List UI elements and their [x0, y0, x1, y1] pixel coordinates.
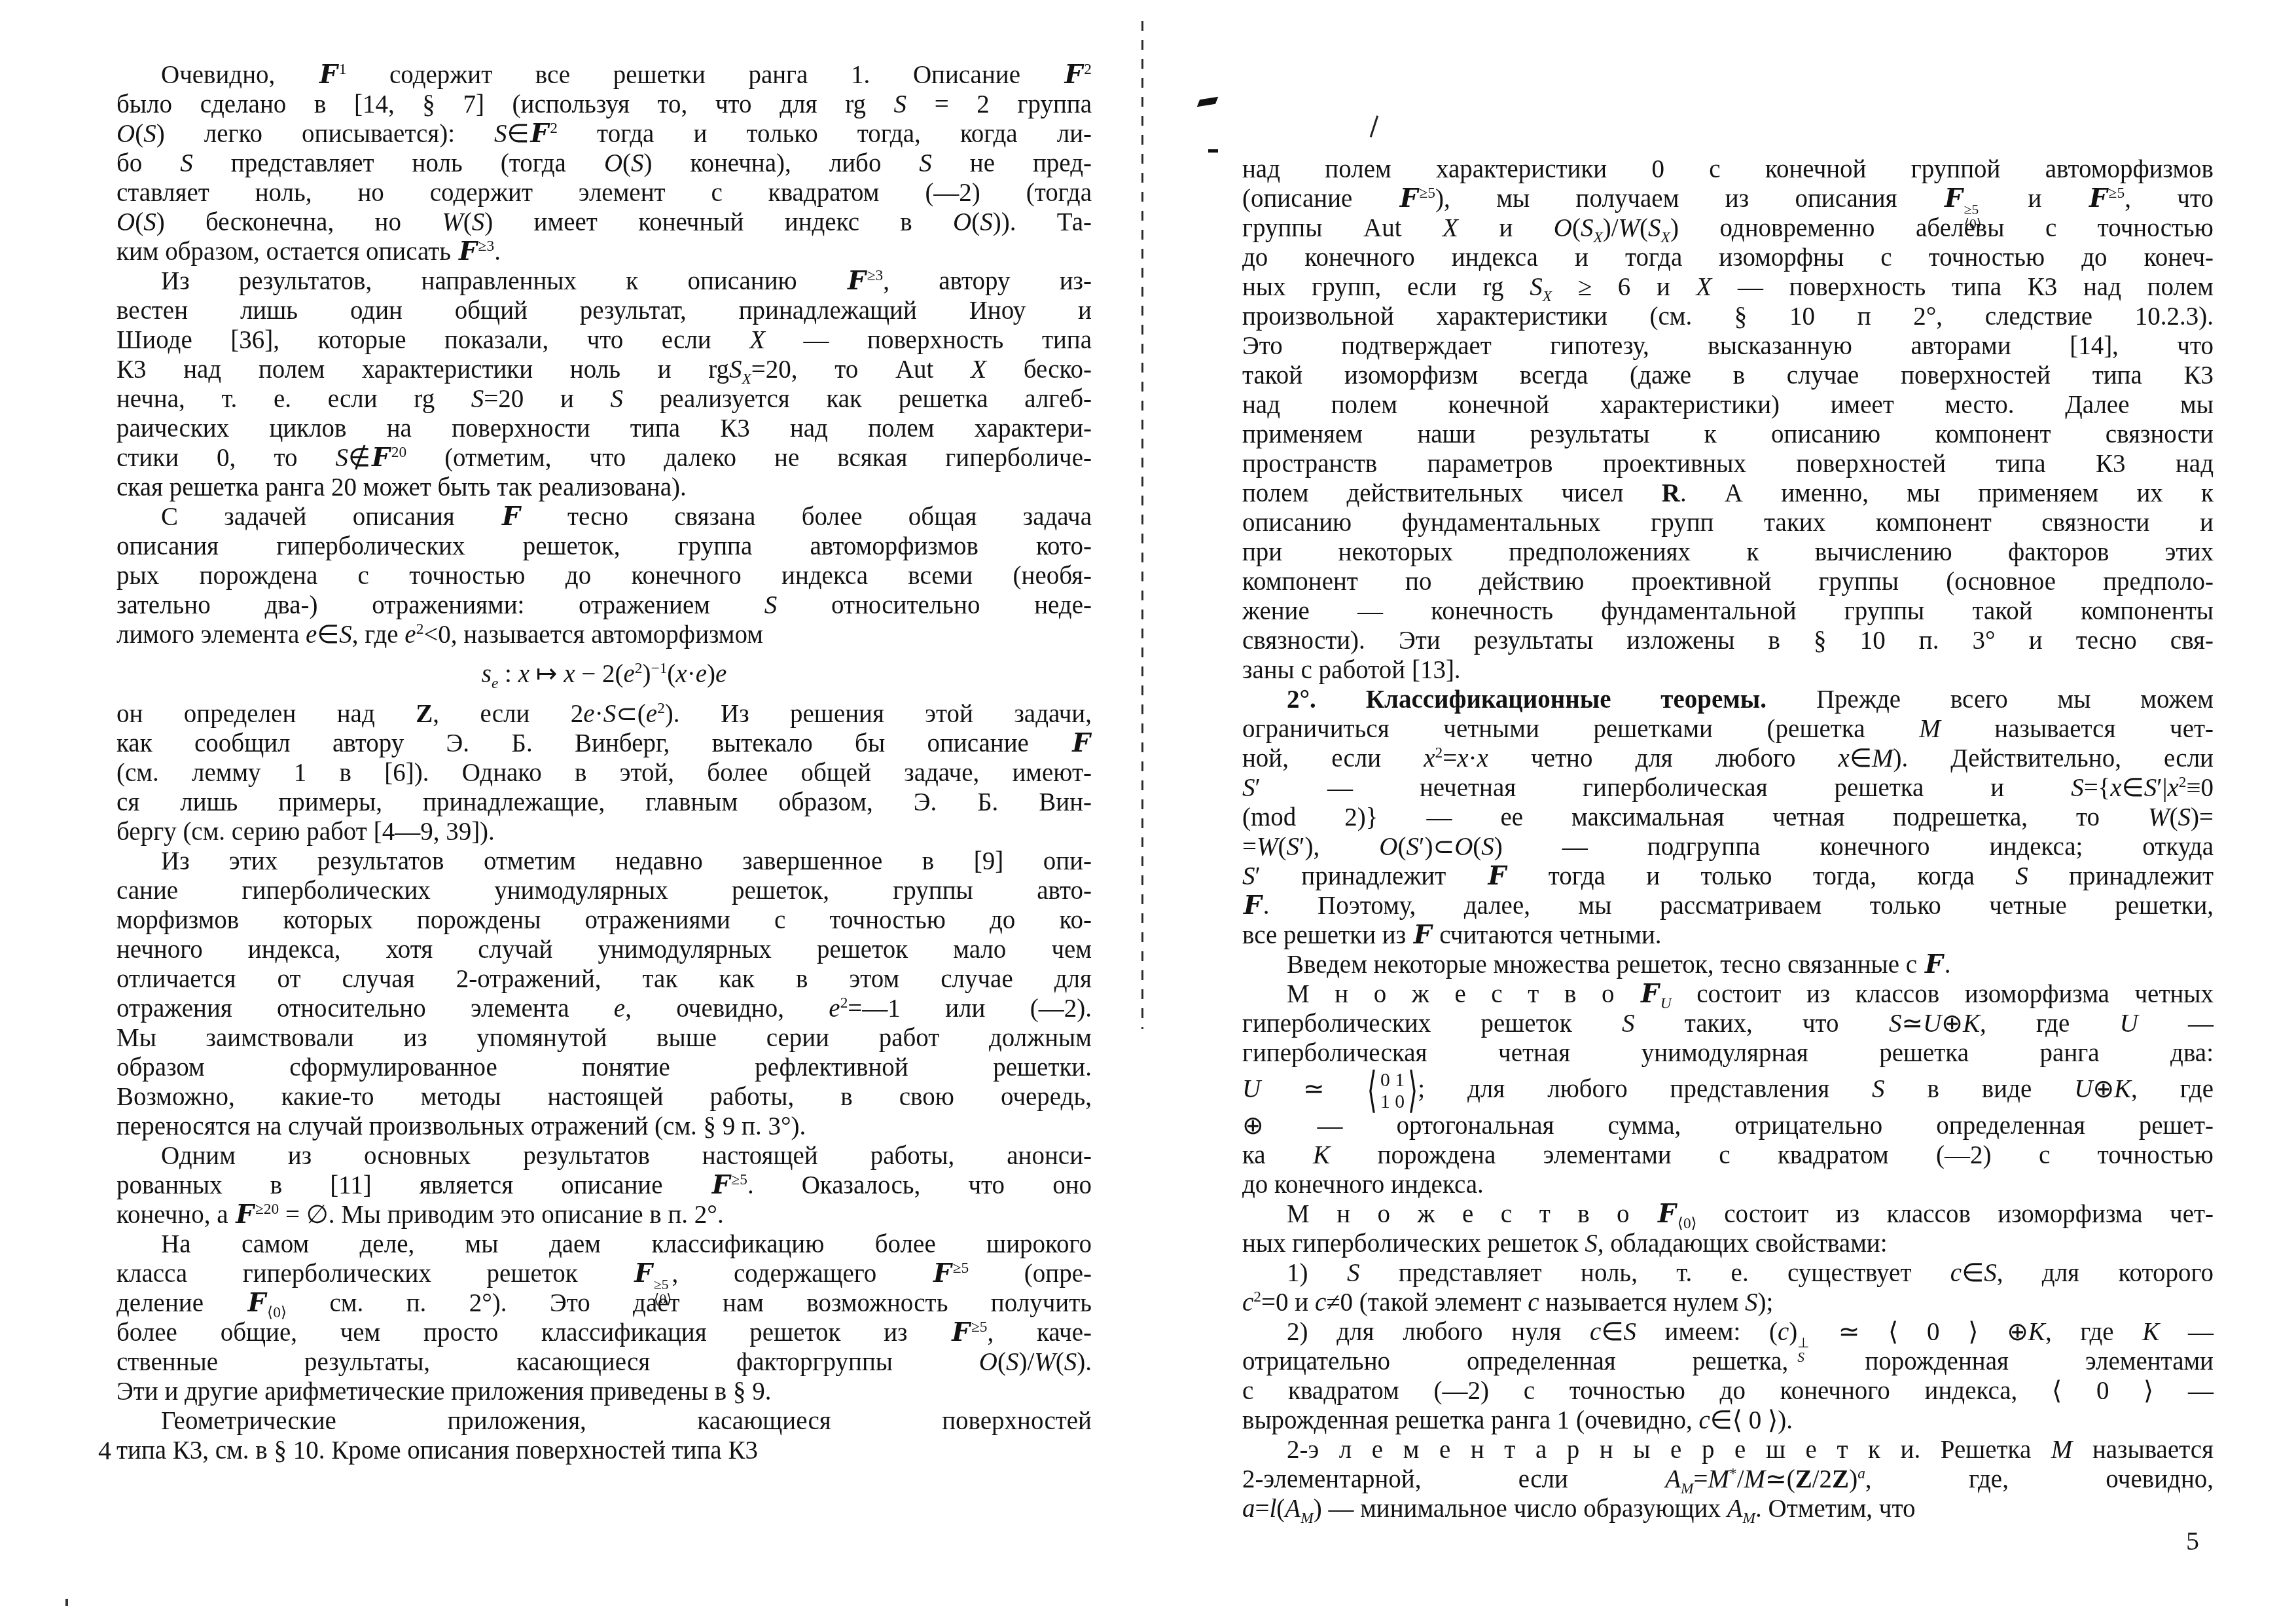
text-line: над полем характеристики 0 с конечной гр… [1242, 155, 2214, 184]
text-line: ⊕ — ортогональная сумма, отрицательно оп… [1242, 1111, 2214, 1140]
text-line: На самом деле, мы даем классификацию бол… [117, 1230, 1092, 1259]
scan-page-right: над полем характеристики 0 с конечной гр… [1242, 155, 2214, 1523]
text-line: 2-элементарной, если AM=M*/M≃(Z/2Z)a, гд… [1242, 1465, 2214, 1494]
text-line: (описание F≥5), мы получаем из описания … [1242, 184, 2214, 213]
text-line: 2) для любого нуля c∈S имеем: (c)⊥S ≃ ⟨ … [1242, 1317, 2214, 1347]
text-line: К3 над полем характеристики ноль и rgSX=… [117, 355, 1092, 384]
text-line: компонент по действию проективной группы… [1242, 567, 2214, 596]
ink-speck [1370, 115, 1378, 137]
text-line: Введем некоторые множества решеток, тесн… [1242, 950, 2214, 979]
text-line: a=l(AM) — минимальное число образующих A… [1242, 1494, 2214, 1523]
text-line: рых порождена с точностью до конечного и… [117, 561, 1092, 591]
text-line: до конечного индекса. [1242, 1170, 2214, 1199]
text-line: (mod 2)} — ее максимальная четная подреш… [1242, 803, 2214, 832]
text-line: он определен над Z, если 2e·S⊂(e2). Из р… [117, 699, 1092, 729]
page-number-right: 5 [2186, 1525, 2199, 1556]
text-line: бо S представляет ноль (тогда O(S) конеч… [117, 149, 1092, 178]
text-line: вырожденная решетка ранга 1 (очевидно, c… [1242, 1406, 2214, 1435]
text-line: образом сформулированное понятие рефлект… [117, 1053, 1092, 1082]
text-line: все решетки из F считаются четными. [1242, 921, 2214, 950]
text-line: ной, если x2=x·x четно для любого x∈M). … [1242, 744, 2214, 773]
text-line: отличается от случая 2-отражений, так ка… [117, 964, 1092, 994]
scan-page-left: Очевидно, F1 содержит все решетки ранга … [117, 60, 1092, 1465]
text-line: вестен лишь один общий результат, принад… [117, 296, 1092, 325]
text-line: раических циклов на поверхности типа К3 … [117, 414, 1092, 443]
text-line: S′ принадлежит F тогда и только тогда, к… [1242, 862, 2214, 891]
text-line: связности). Эти результаты изложены в § … [1242, 626, 2214, 655]
text-line: S′ — нечетная гиперболическая решетка и … [1242, 773, 2214, 803]
text-line: класса гиперболических решеток F≥5⟨0⟩, с… [117, 1259, 1092, 1288]
text-line: нечного индекса, хотя случай унимодулярн… [117, 935, 1092, 964]
text-line: ся лишь примеры, принадлежащие, главным … [117, 788, 1092, 817]
text-line: над полем конечной характеристики) имеет… [1242, 390, 2214, 420]
text-line: более общие, чем просто классификация ре… [117, 1318, 1092, 1347]
text-line: описания гиперболических решеток, группа… [117, 532, 1092, 561]
text-line: ставляет ноль, но содержит элемент с ква… [117, 178, 1092, 208]
text-line: Из этих результатов отметим недавно заве… [117, 847, 1092, 876]
text-line: лимого элемента e∈S, где e2<0, называетс… [117, 620, 1092, 649]
text-line: ким образом, остается описать F≥3. [117, 237, 1092, 266]
book-scan-spread: Очевидно, F1 содержит все решетки ранга … [0, 0, 2296, 1623]
text-line: описанию фундаментальных групп таких ком… [1242, 508, 2214, 538]
text-line: сание гиперболических унимодулярных реше… [117, 876, 1092, 905]
text-line: (см. лемму 1 в [6]). Однако в этой, боле… [117, 758, 1092, 788]
text-line: ская решетка ранга 20 может быть так реа… [117, 473, 1092, 502]
text-line: деление F⟨0⟩ см. п. 2°). Это дает нам во… [117, 1288, 1092, 1318]
text-line: Очевидно, F1 содержит все решетки ранга … [117, 60, 1092, 90]
text-line: U ≃ ⟨0 11 0⟩; для любого представления S… [1242, 1068, 2214, 1111]
text-line: Это подтверждает гипотезу, высказанную а… [1242, 331, 2214, 361]
text-line: применяем наши результаты к описанию ком… [1242, 420, 2214, 449]
text-line: Мы заимствовали из упомянутой выше серии… [117, 1023, 1092, 1053]
text-line: Шиоде [36], которые показали, что если X… [117, 325, 1092, 355]
gutter-crease-line [1141, 21, 1143, 1029]
text-line: 1) S представляет ноль, т. е. существует… [1242, 1258, 2214, 1288]
ink-speck [65, 1599, 68, 1606]
text-line: переносятся на случай произвольных отраж… [117, 1112, 1092, 1141]
text-line: se : x ↦ x − 2(e2)−1(x·e)e [117, 649, 1092, 699]
text-line: рованных в [11] является описание F≥5. О… [117, 1171, 1092, 1200]
text-line: стики 0, то S∉F20 (отметим, что далеко н… [117, 443, 1092, 473]
text-line: ограничиться четными решетками (решетка … [1242, 714, 2214, 744]
text-line: как сообщил автору Э. Б. Винберг, вытека… [117, 729, 1092, 758]
text-line: Возможно, какие-то методы настоящей рабо… [117, 1082, 1092, 1112]
text-line: гиперболическая четная унимодулярная реш… [1242, 1038, 2214, 1068]
text-line: 2-э л е м е н т а р н ы е р е ш е т к и.… [1242, 1435, 2214, 1465]
text-line: полем действительных чисел R. А именно, … [1242, 479, 2214, 508]
ink-speck [1208, 149, 1218, 153]
text-line: при некоторых предположениях к вычислени… [1242, 538, 2214, 567]
text-line: зательно два-) отражениями: отражением S… [117, 591, 1092, 620]
ink-speck [1197, 97, 1219, 107]
text-line: заны с работой [13]. [1242, 655, 2214, 685]
text-line: отрицательно определенная решетка, порож… [1242, 1347, 2214, 1376]
text-line: O(S) легко описывается): S∈F2 тогда и то… [117, 119, 1092, 149]
text-line: жение — конечность фундаментальной групп… [1242, 596, 2214, 626]
text-line: гиперболических решеток S таких, что S≃U… [1242, 1009, 2214, 1038]
text-line: ственные результаты, касающиеся факторгр… [117, 1347, 1092, 1377]
text-line: нечна, т. е. если rg S=20 и S реализуетс… [117, 384, 1092, 414]
text-line: пространств параметров проективных повер… [1242, 449, 2214, 479]
text-line: типа К3, см. в § 10. Кроме описания пове… [117, 1436, 1092, 1465]
text-line: Эти и другие арифметические приложения п… [117, 1377, 1092, 1406]
page-number-left: 4 [98, 1435, 111, 1466]
text-line: М н о ж е с т в о F⟨0⟩ состоит из классо… [1242, 1199, 2214, 1229]
text-line: конечно, а F≥20 = ∅. Мы приводим это опи… [117, 1200, 1092, 1230]
text-line: с квадратом (—2) с точностью до конечног… [1242, 1376, 2214, 1406]
text-line: морфизмов которых порождены отражениями … [117, 905, 1092, 935]
text-line: ка K порождена элементами с квадратом (—… [1242, 1140, 2214, 1170]
text-line: группы Aut X и O(SX)/W(SX) одновременно … [1242, 213, 2214, 243]
text-line: Одним из основных результатов настоящей … [117, 1141, 1092, 1171]
text-line: такой изоморфизм всегда (даже в случае п… [1242, 361, 2214, 390]
text-line: F. Поэтому, далее, мы рассматриваем толь… [1242, 891, 2214, 921]
text-line: ных гиперболических решеток S, обладающи… [1242, 1229, 2214, 1258]
text-line: O(S) бесконечна, но W(S) имеет конечный … [117, 208, 1092, 237]
text-line: Из результатов, направленных к описанию … [117, 266, 1092, 296]
text-line: бергу (см. серию работ [4—9, 39]). [117, 817, 1092, 847]
text-line: c2=0 и c≠0 (такой элемент c называется н… [1242, 1288, 2214, 1317]
text-line: Геометрические приложения, касающиеся по… [117, 1406, 1092, 1436]
text-line: =W(S′), O(S′)⊂O(S) — подгруппа конечного… [1242, 832, 2214, 862]
text-line: было сделано в [14, § 7] (используя то, … [117, 90, 1092, 119]
text-line: 2°. Классификационные теоремы. Прежде вс… [1242, 685, 2214, 714]
text-line: М н о ж е с т в о FU состоит из классов … [1242, 979, 2214, 1009]
text-line: ных групп, если rg SX ≥ 6 и X — поверхно… [1242, 272, 2214, 302]
text-line: С задачей описания F тесно связана более… [117, 502, 1092, 532]
text-line: произвольной характеристики (см. § 10 п … [1242, 302, 2214, 331]
text-line: отражения относительно элемента e, очеви… [117, 994, 1092, 1023]
text-line: до конечного индекса и тогда изоморфны с… [1242, 243, 2214, 272]
